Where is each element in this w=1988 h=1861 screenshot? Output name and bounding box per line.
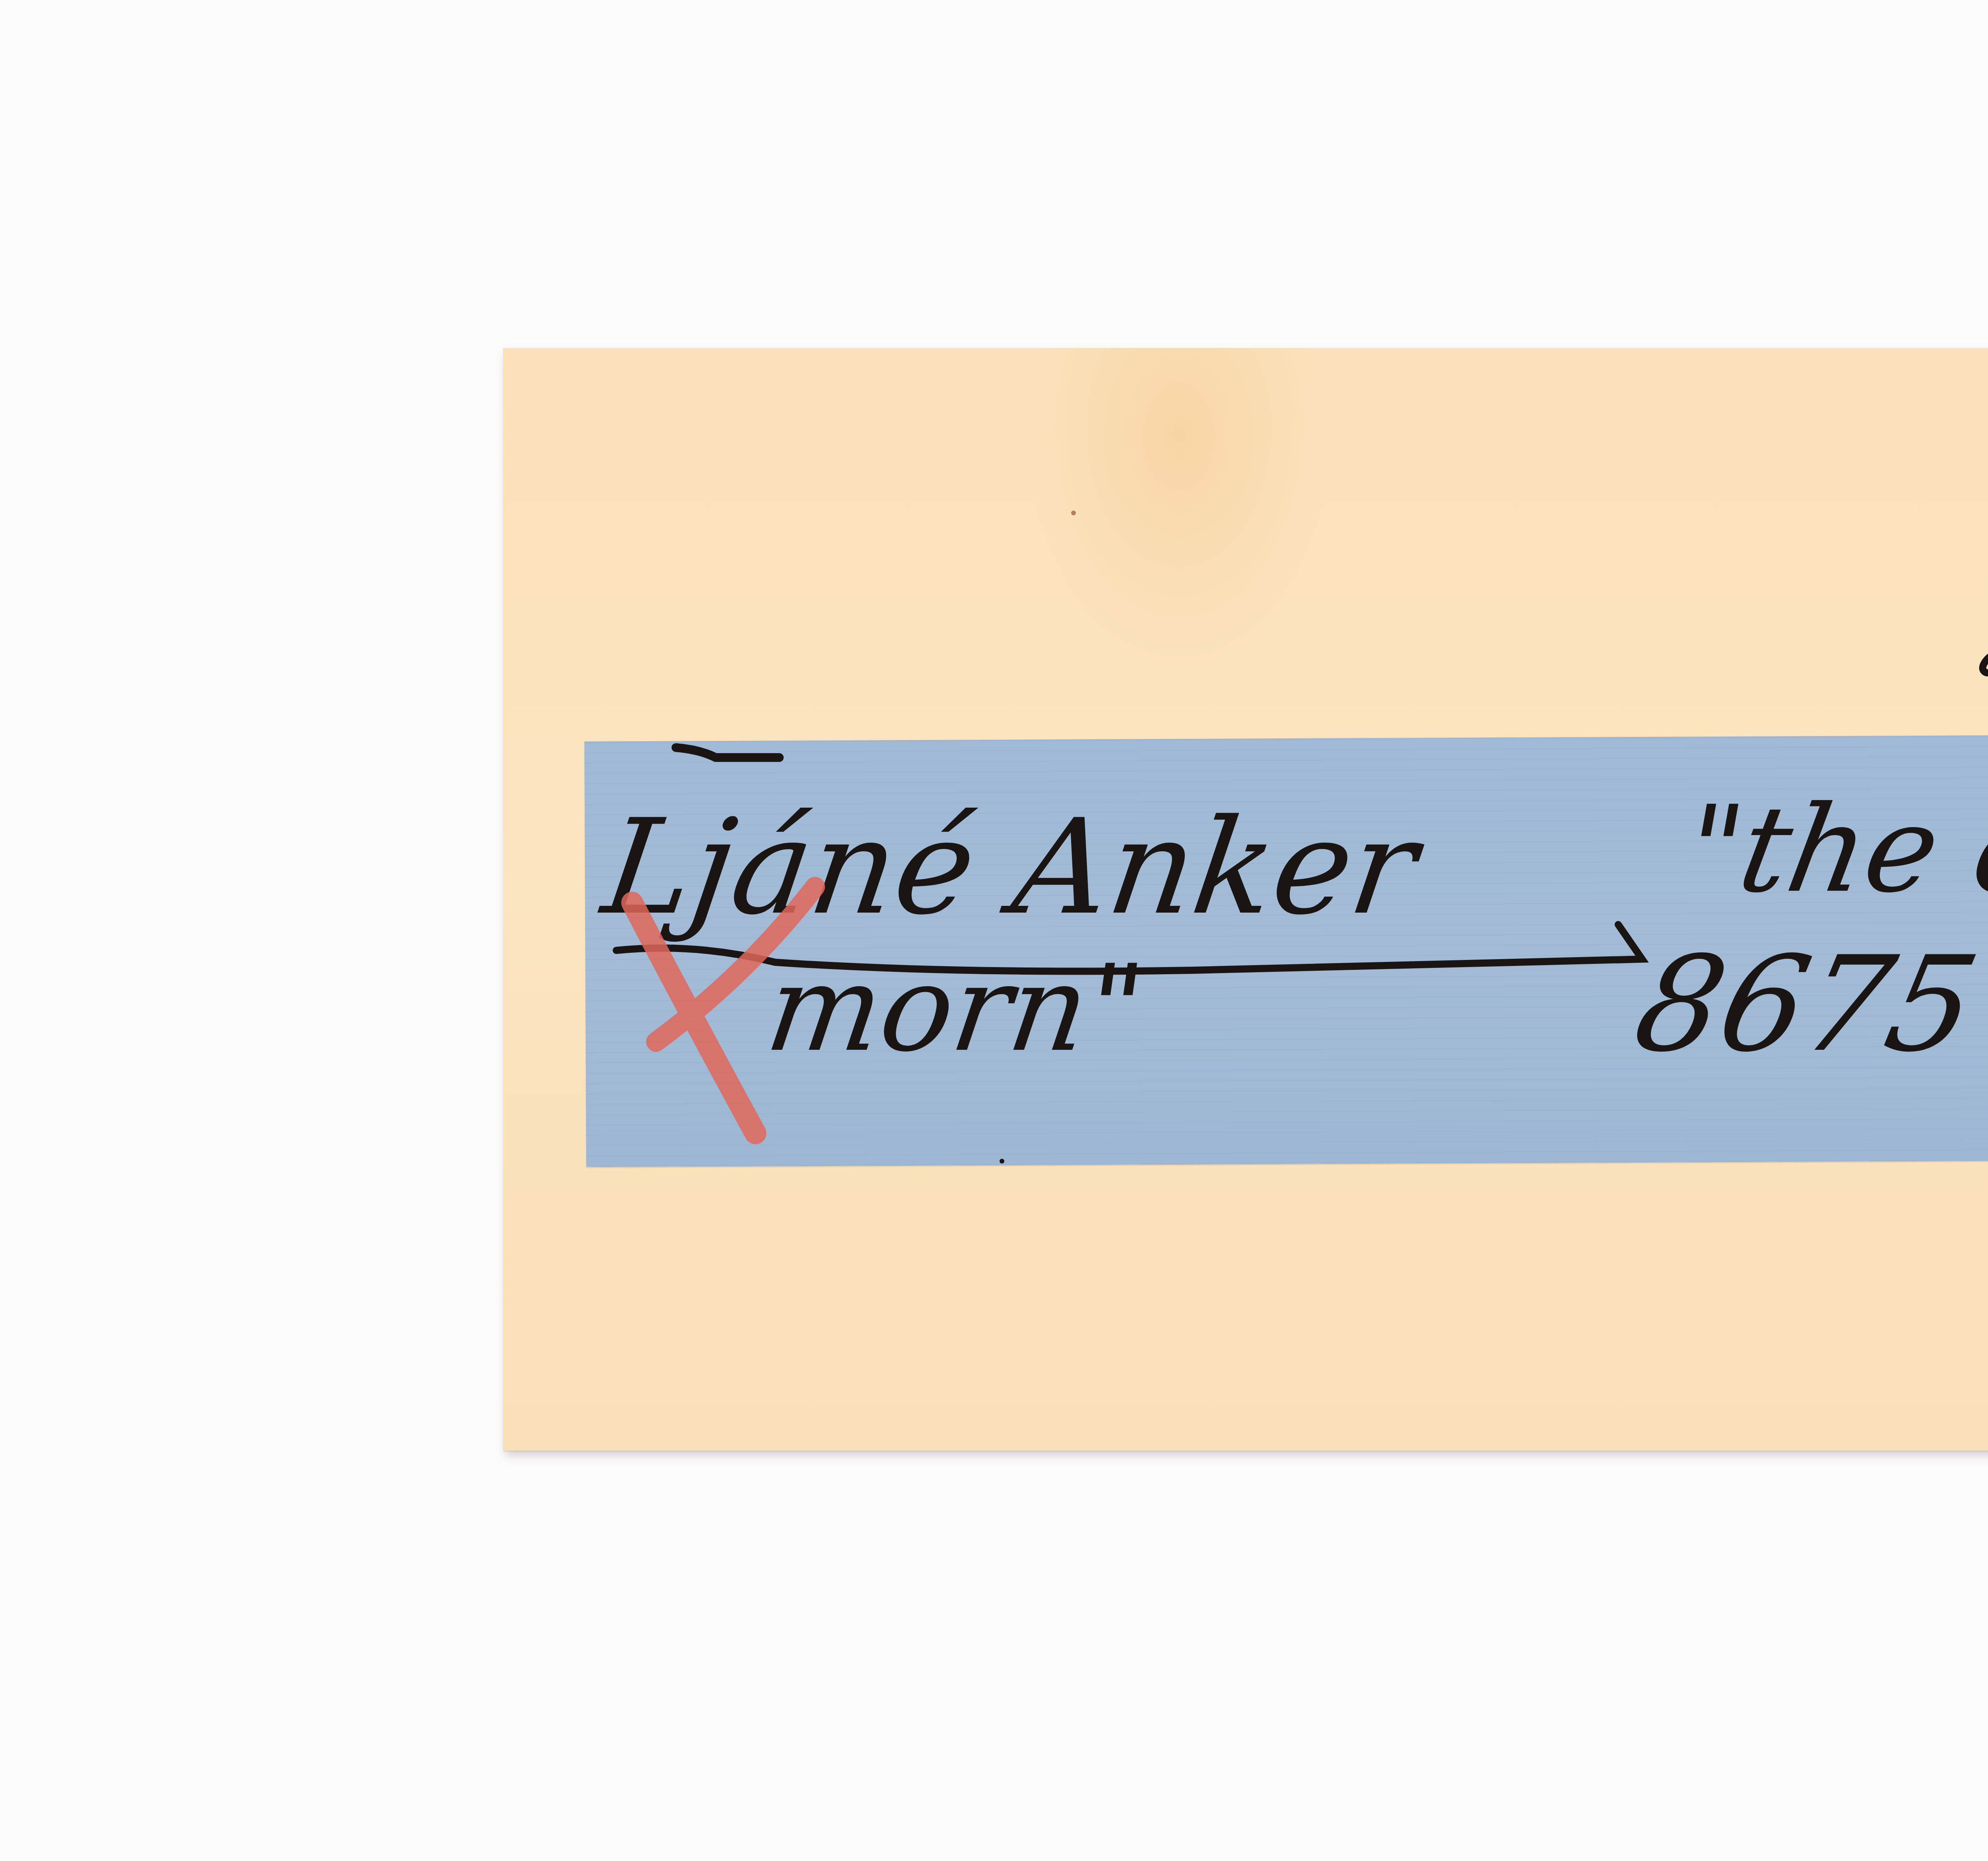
handwritten-title-start: "the early <box>1675 780 1988 919</box>
handwriting-layer: Ljáné Anker "the early morn" 8675 <box>0 0 1988 1861</box>
handwritten-title-end: morn" <box>759 939 1152 1078</box>
handwritten-name: Ljáné Anker <box>593 791 1432 944</box>
paper-speck <box>1071 511 1076 515</box>
ink-dash <box>676 748 779 758</box>
top-circle-mark <box>1979 647 1988 677</box>
handwritten-catalogue-number: 8675 <box>1623 928 1988 1081</box>
paper-speck <box>1000 1159 1004 1164</box>
